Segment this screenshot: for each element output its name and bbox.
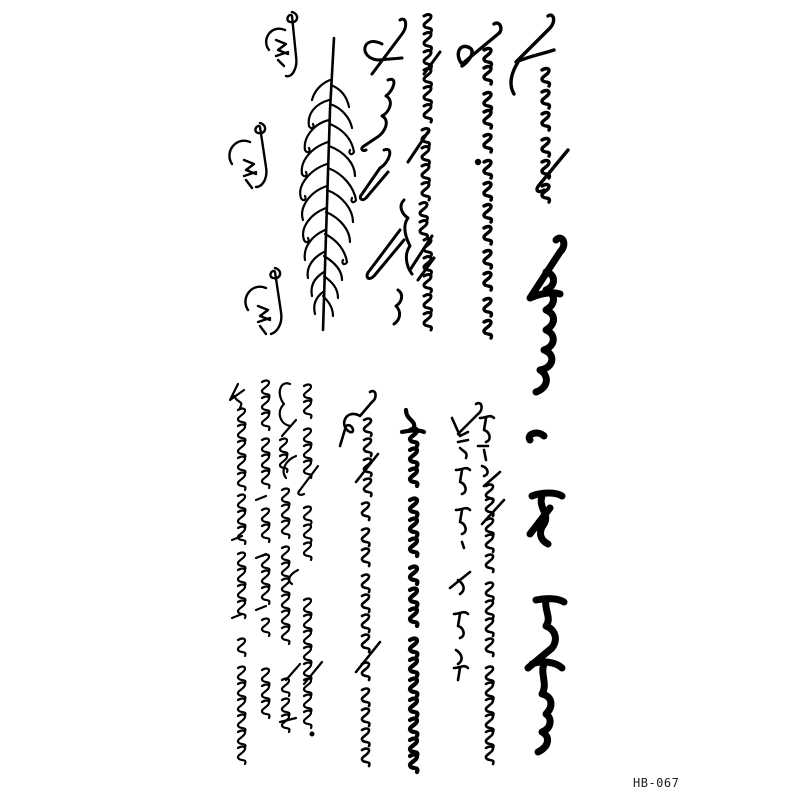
script-column-bottom-8 <box>478 416 504 764</box>
script-column-bottom-3 <box>280 383 300 732</box>
product-code: HB-067 <box>633 776 679 790</box>
script-column-top-1 <box>360 19 412 324</box>
script-column-top-3 <box>458 23 501 338</box>
seal-glyph-3 <box>245 268 281 334</box>
script-column-top-4 <box>511 15 568 202</box>
script-column-bottom-4 <box>298 385 322 736</box>
script-bold-large <box>528 238 564 752</box>
script-column-bottom-5 <box>340 391 380 766</box>
script-column-bottom-1 <box>230 384 245 764</box>
script-column-bottom-7 <box>450 403 482 680</box>
seal-glyph-1 <box>266 12 297 76</box>
tattoo-artwork <box>0 0 800 800</box>
script-column-bottom-6 <box>402 410 424 772</box>
feather <box>300 38 356 330</box>
script-column-bottom-2 <box>256 381 269 718</box>
script-column-top-2 <box>408 15 440 330</box>
tattoo-sheet: HB-067 <box>0 0 800 800</box>
seal-glyph-2 <box>229 123 266 188</box>
